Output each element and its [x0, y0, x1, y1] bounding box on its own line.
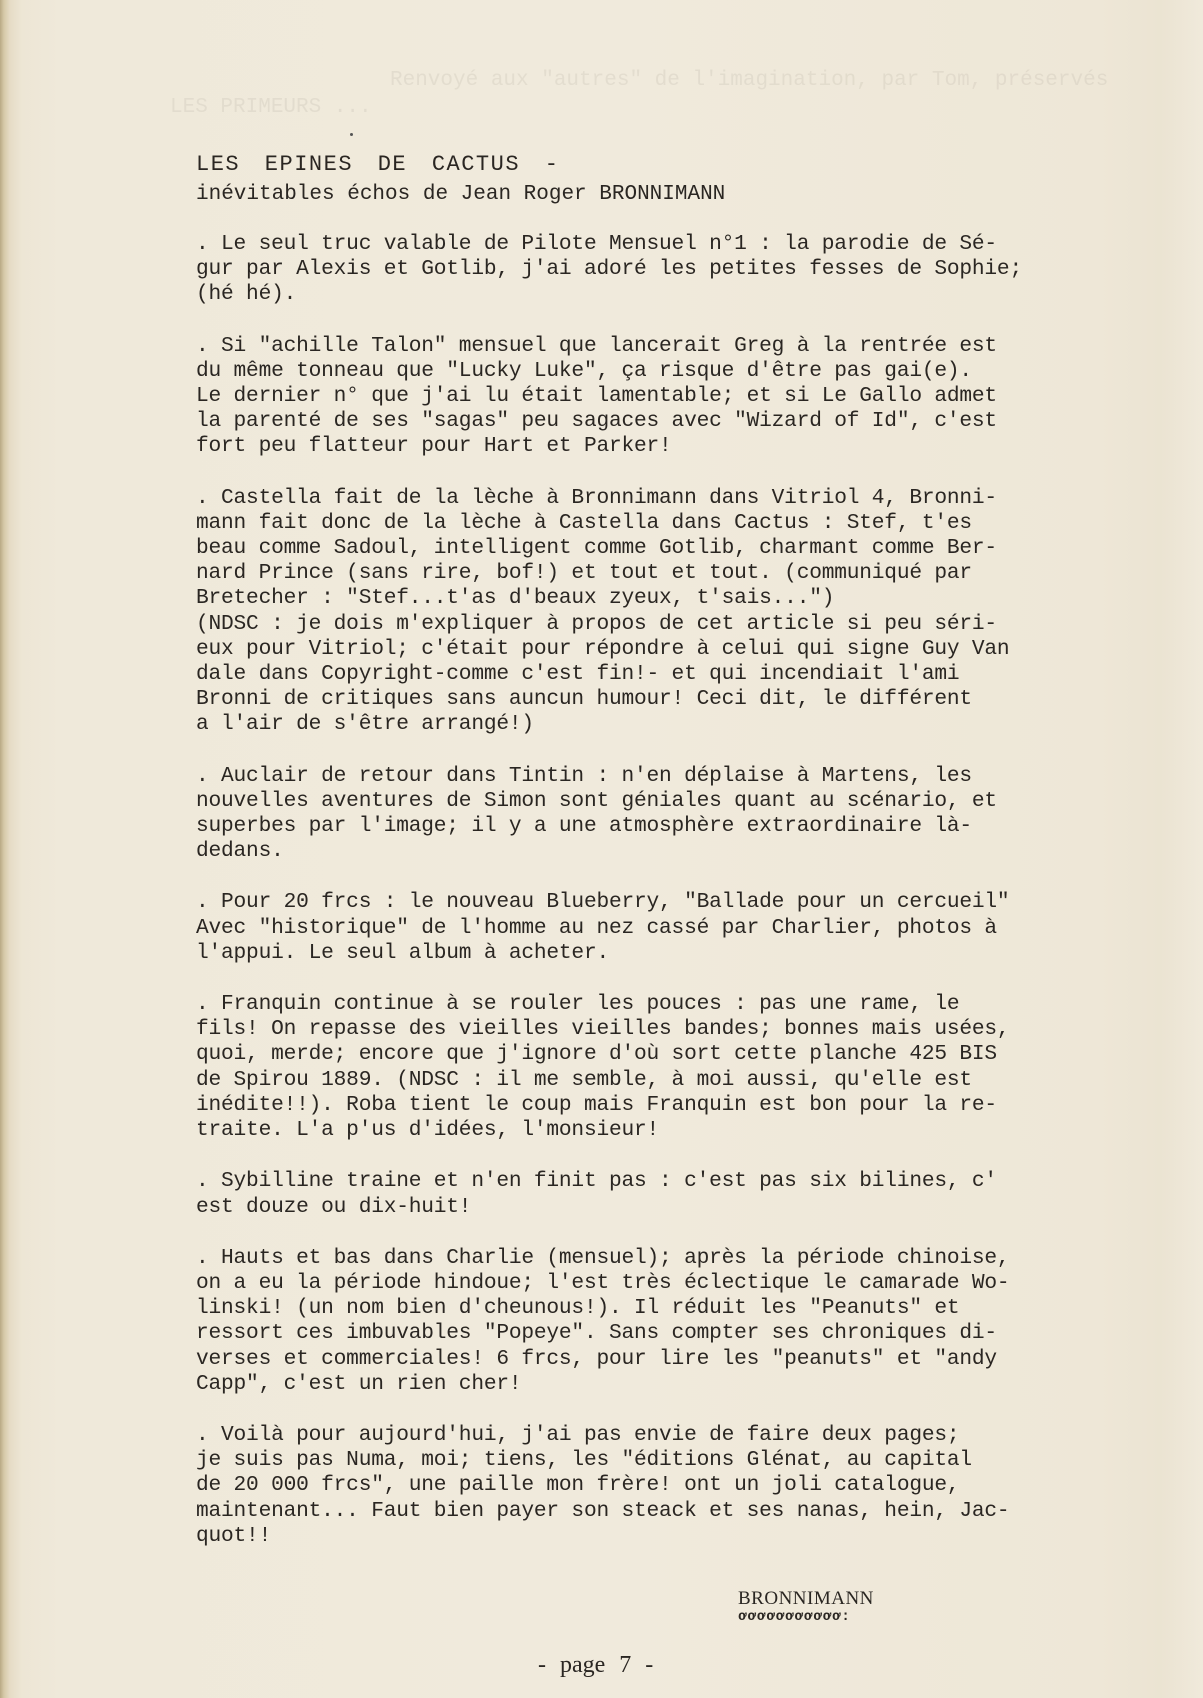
- paragraph-charlie: . Hauts et bas dans Charlie (mensuel); a…: [196, 1246, 1196, 1397]
- paragraph-sybilline: . Sybilline traine et n'en finit pas : c…: [196, 1169, 1196, 1219]
- article: LES EPINES DE CACTUS - inévitables échos…: [196, 150, 1196, 1575]
- paragraph-achille-talon: . Si "achille Talon" mensuel que lancera…: [196, 334, 1196, 460]
- paragraph-franquin: . Franquin continue à se rouler les pouc…: [196, 992, 1196, 1143]
- article-title: LES EPINES DE CACTUS -: [196, 150, 1196, 180]
- ink-speck: [350, 133, 353, 136]
- bleed-through-text: Renvoyé aux "autres" de l'imagination, p…: [390, 68, 1108, 93]
- typewritten-page: LES PRIMEURS ... Renvoyé aux "autres" de…: [0, 0, 1203, 1698]
- signature-underline: ơơơơơơơơơơơ:: [738, 1609, 851, 1625]
- paragraph-pilote-mensuel: . Le seul truc valable de Pilote Mensuel…: [196, 232, 1196, 308]
- page-number: - page 7 -: [538, 1652, 653, 1679]
- paragraph-blueberry: . Pour 20 frcs : le nouveau Blueberry, "…: [196, 890, 1196, 966]
- paragraph-auclair: . Auclair de retour dans Tintin : n'en d…: [196, 764, 1196, 865]
- signature: BRONNIMANN: [738, 1588, 874, 1610]
- paragraph-closing: . Voilà pour aujourd'hui, j'ai pas envie…: [196, 1423, 1196, 1549]
- bleed-through-text: LES PRIMEURS ...: [170, 95, 372, 120]
- article-byline: inévitables échos de Jean Roger BRONNIMA…: [196, 180, 1196, 210]
- paragraph-castella: . Castella fait de la lèche à Bronnimann…: [196, 486, 1196, 738]
